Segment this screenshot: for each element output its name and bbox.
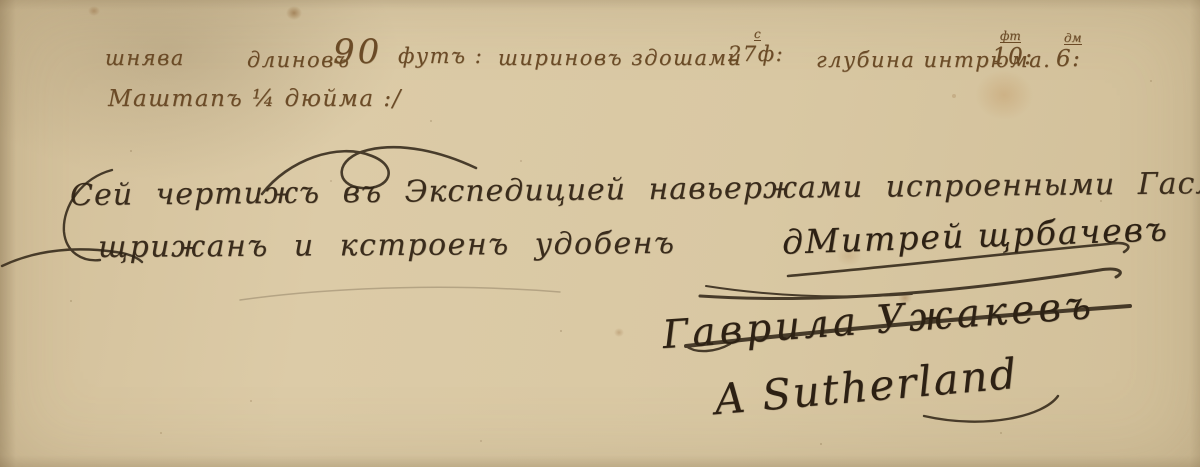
manuscript-page: шнява длиновъ 90 футъ : шириновъ здошами… — [0, 0, 1200, 467]
paper-vignette — [0, 0, 1200, 467]
